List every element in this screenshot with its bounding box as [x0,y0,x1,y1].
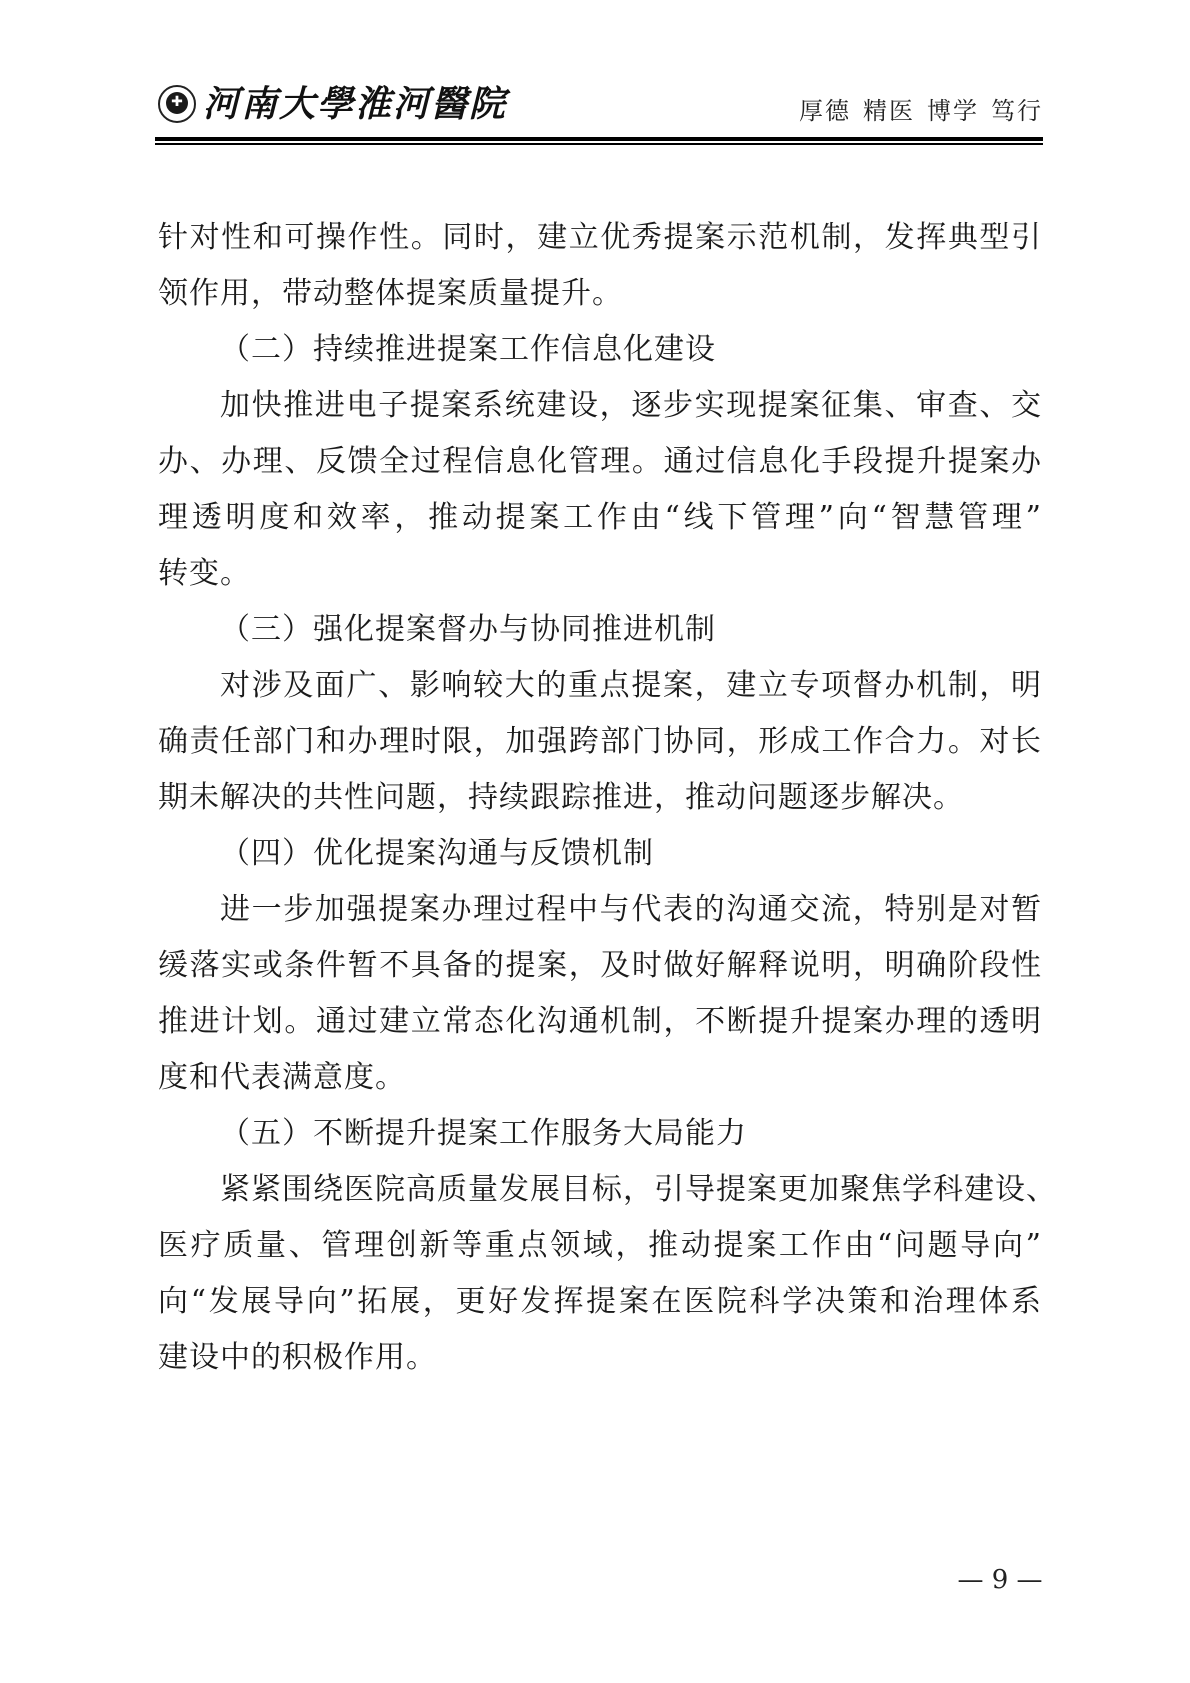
header-rule-thin [155,143,1043,145]
motto-word: 厚德 [799,97,851,125]
motto-word: 博学 [927,97,979,125]
section-heading: （四）优化提案沟通与反馈机制 [158,826,1042,882]
hospital-name: 河南大學淮河醫院 [203,82,507,126]
text-line: 缓落实或条件暂不具备的提案，及时做好解释说明，明确阶段性 [158,938,1042,994]
section-heading: （五）不断提升提案工作服务大局能力 [158,1106,1042,1162]
section-heading: （三）强化提案督办与协同推进机制 [158,602,1042,658]
header-rule-thick [155,137,1043,141]
text-line: 对涉及面广、影响较大的重点提案，建立专项督办机制，明 [158,658,1042,714]
motto-word: 精医 [863,97,915,125]
text-line: 期未解决的共性问题，持续跟踪推进，推动问题逐步解决。 [158,770,1042,826]
page-header: ✚ 河南大學淮河醫院 厚德精医博学笃行 [155,82,1043,144]
text-line: 理透明度和效率，推动提案工作由“线下管理”向“智慧管理” [158,490,1042,546]
text-line: 针对性和可操作性。同时，建立优秀提案示范机制，发挥典型引 [158,210,1042,266]
page-number: — 9 — [940,1560,1060,1600]
text-line: 向“发展导向”拓展，更好发挥提案在医院科学决策和治理体系 [158,1274,1042,1330]
text-line: 转变。 [158,546,1042,602]
text-line: 领作用，带动整体提案质量提升。 [158,266,1042,322]
text-line: 进一步加强提案办理过程中与代表的沟通交流，特别是对暂 [158,882,1042,938]
text-line: 医疗质量、管理创新等重点领域，推动提案工作由“问题导向” [158,1218,1042,1274]
text-line: 办、办理、反馈全过程信息化管理。通过信息化手段提升提案办 [158,434,1042,490]
hospital-motto: 厚德精医博学笃行 [787,94,1043,128]
hospital-emblem-icon: ✚ [158,85,196,123]
motto-word: 笃行 [991,97,1043,125]
text-line: 建设中的积极作用。 [158,1330,1042,1386]
section-heading: （二）持续推进提案工作信息化建设 [158,322,1042,378]
text-line: 确责任部门和办理时限，加强跨部门协同，形成工作合力。对长 [158,714,1042,770]
document-body: 针对性和可操作性。同时，建立优秀提案示范机制，发挥典型引 领作用，带动整体提案质… [158,210,1042,1386]
text-line: 推进计划。通过建立常态化沟通机制，不断提升提案办理的透明 [158,994,1042,1050]
text-line: 度和代表满意度。 [158,1050,1042,1106]
text-line: 紧紧围绕医院高质量发展目标，引导提案更加聚焦学科建设、 [158,1162,1042,1218]
text-line: 加快推进电子提案系统建设，逐步实现提案征集、审查、交 [158,378,1042,434]
